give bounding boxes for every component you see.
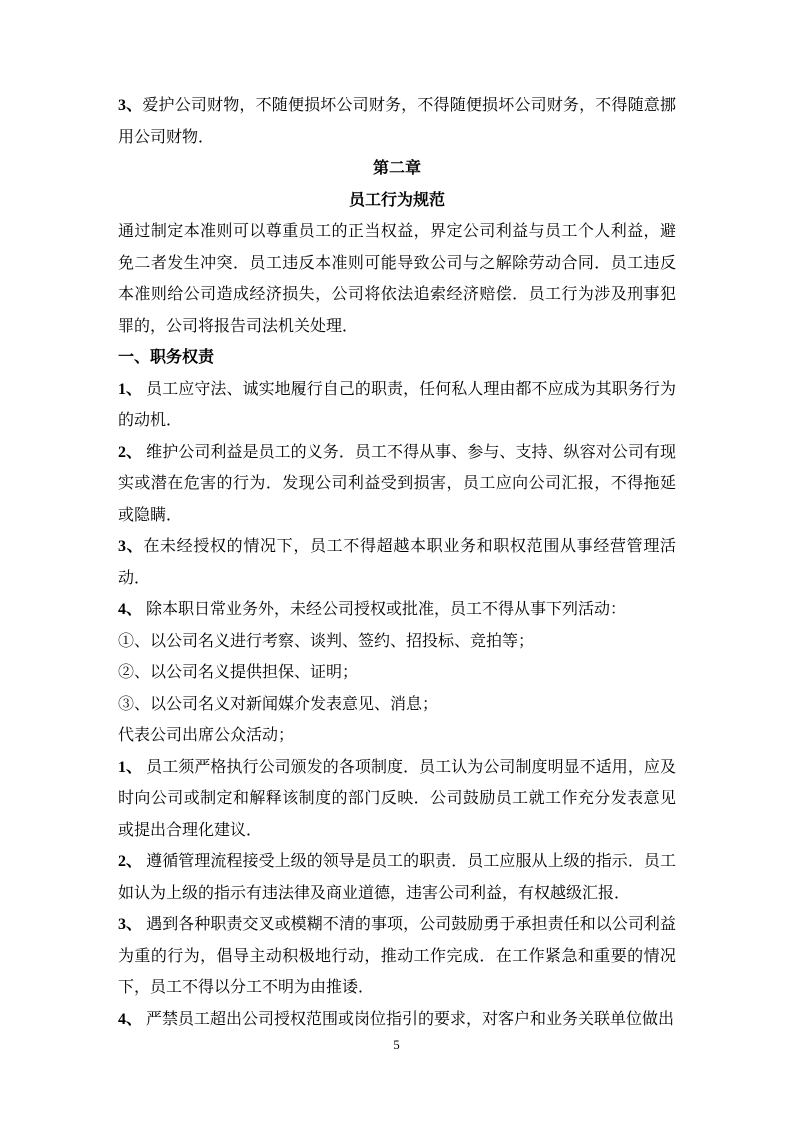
list-item-number: 1、 bbox=[118, 381, 146, 398]
list-item-number: 3、 bbox=[118, 97, 142, 114]
list-item-text: 遵循管理流程接受上级的领导是员工的职责．员工应服从上级的指示．员工如认为上级的指… bbox=[118, 853, 676, 902]
list-item: 1、 员工须严格执行公司颁发的各项制度．员工认为公司制度明显不适用，应及时向公司… bbox=[118, 752, 676, 847]
intro-paragraph: 通过制定本准则可以尊重员工的正当权益，界定公司利益与员工个人利益，避免二者发生冲… bbox=[118, 216, 676, 342]
list-item-text: 严禁员工超出公司授权范围或岗位指引的要求，对客户和业务关联单位做出 bbox=[146, 1011, 674, 1028]
list-item-number: 1、 bbox=[118, 759, 146, 776]
list-item: 2、 遵循管理流程接受上级的领导是员工的职责．员工应服从上级的指示．员工如认为上… bbox=[118, 846, 676, 909]
list-item-text: 在未经授权的情况下，员工不得超越本职业务和职权范围从事经营管理活动． bbox=[118, 538, 676, 587]
list-item-text: 爱护公司财物，不随便损坏公司财务，不得随便损坏公司财务，不得随意挪用公司财物． bbox=[118, 97, 676, 146]
list-item-number: 3、 bbox=[118, 538, 143, 555]
chapter-number-heading: 第二章 bbox=[118, 153, 676, 185]
list-item-number: 2、 bbox=[118, 853, 146, 870]
document-page: 3、爱护公司财物，不随便损坏公司财务，不得随便损坏公司财务，不得随意挪用公司财物… bbox=[0, 0, 793, 1122]
list-item: 1、 员工应守法、诚实地履行自己的职责，任何私人理由都不应成为其职务行为的动机． bbox=[118, 374, 676, 437]
sub-list-item: ①、以公司名义进行考察、谈判、签约、招投标、竞拍等； bbox=[118, 626, 676, 658]
list-item-text: 员工应守法、诚实地履行自己的职责，任何私人理由都不应成为其职务行为的动机． bbox=[118, 381, 676, 430]
sub-list-continuation: 代表公司出席公众活动； bbox=[118, 720, 676, 752]
list-item: 4、 除本职日常业务外，未经公司授权或批准，员工不得从事下列活动： bbox=[118, 594, 676, 626]
list-item: 2、 维护公司利益是员工的义务．员工不得从事、参与、支持、纵容对公司有现实或潜在… bbox=[118, 437, 676, 532]
document-body: 3、爱护公司财物，不随便损坏公司财务，不得随便损坏公司财务，不得随意挪用公司财物… bbox=[118, 90, 676, 1035]
list-item: 3、爱护公司财物，不随便损坏公司财务，不得随便损坏公司财务，不得随意挪用公司财物… bbox=[118, 90, 676, 153]
list-item-number: 4、 bbox=[118, 601, 146, 618]
chapter-title-heading: 员工行为规范 bbox=[118, 185, 676, 217]
sub-list-item: ③、以公司名义对新闻媒介发表意见、消息； bbox=[118, 689, 676, 721]
sub-list-item: ②、以公司名义提供担保、证明； bbox=[118, 657, 676, 689]
list-item-number: 2、 bbox=[118, 444, 146, 461]
page-number: 5 bbox=[0, 1036, 793, 1054]
list-item: 3、 遇到各种职责交叉或模糊不清的事项，公司鼓励勇于承担责任和以公司利益为重的行… bbox=[118, 909, 676, 1004]
list-item-text: 员工须严格执行公司颁发的各项制度．员工认为公司制度明显不适用，应及时向公司或制定… bbox=[118, 759, 676, 839]
list-item-number: 3、 bbox=[118, 916, 146, 933]
list-item-number: 4、 bbox=[118, 1011, 146, 1028]
list-item-text: 除本职日常业务外，未经公司授权或批准，员工不得从事下列活动： bbox=[146, 601, 626, 618]
section-heading-duties: 一、职务权责 bbox=[118, 342, 676, 374]
list-item-text: 遇到各种职责交叉或模糊不清的事项，公司鼓励勇于承担责任和以公司利益为重的行为，倡… bbox=[118, 916, 676, 996]
list-item: 3、在未经授权的情况下，员工不得超越本职业务和职权范围从事经营管理活动． bbox=[118, 531, 676, 594]
list-item: 4、 严禁员工超出公司授权范围或岗位指引的要求，对客户和业务关联单位做出 bbox=[118, 1004, 676, 1036]
list-item-text: 维护公司利益是员工的义务．员工不得从事、参与、支持、纵容对公司有现实或潜在危害的… bbox=[118, 444, 676, 524]
